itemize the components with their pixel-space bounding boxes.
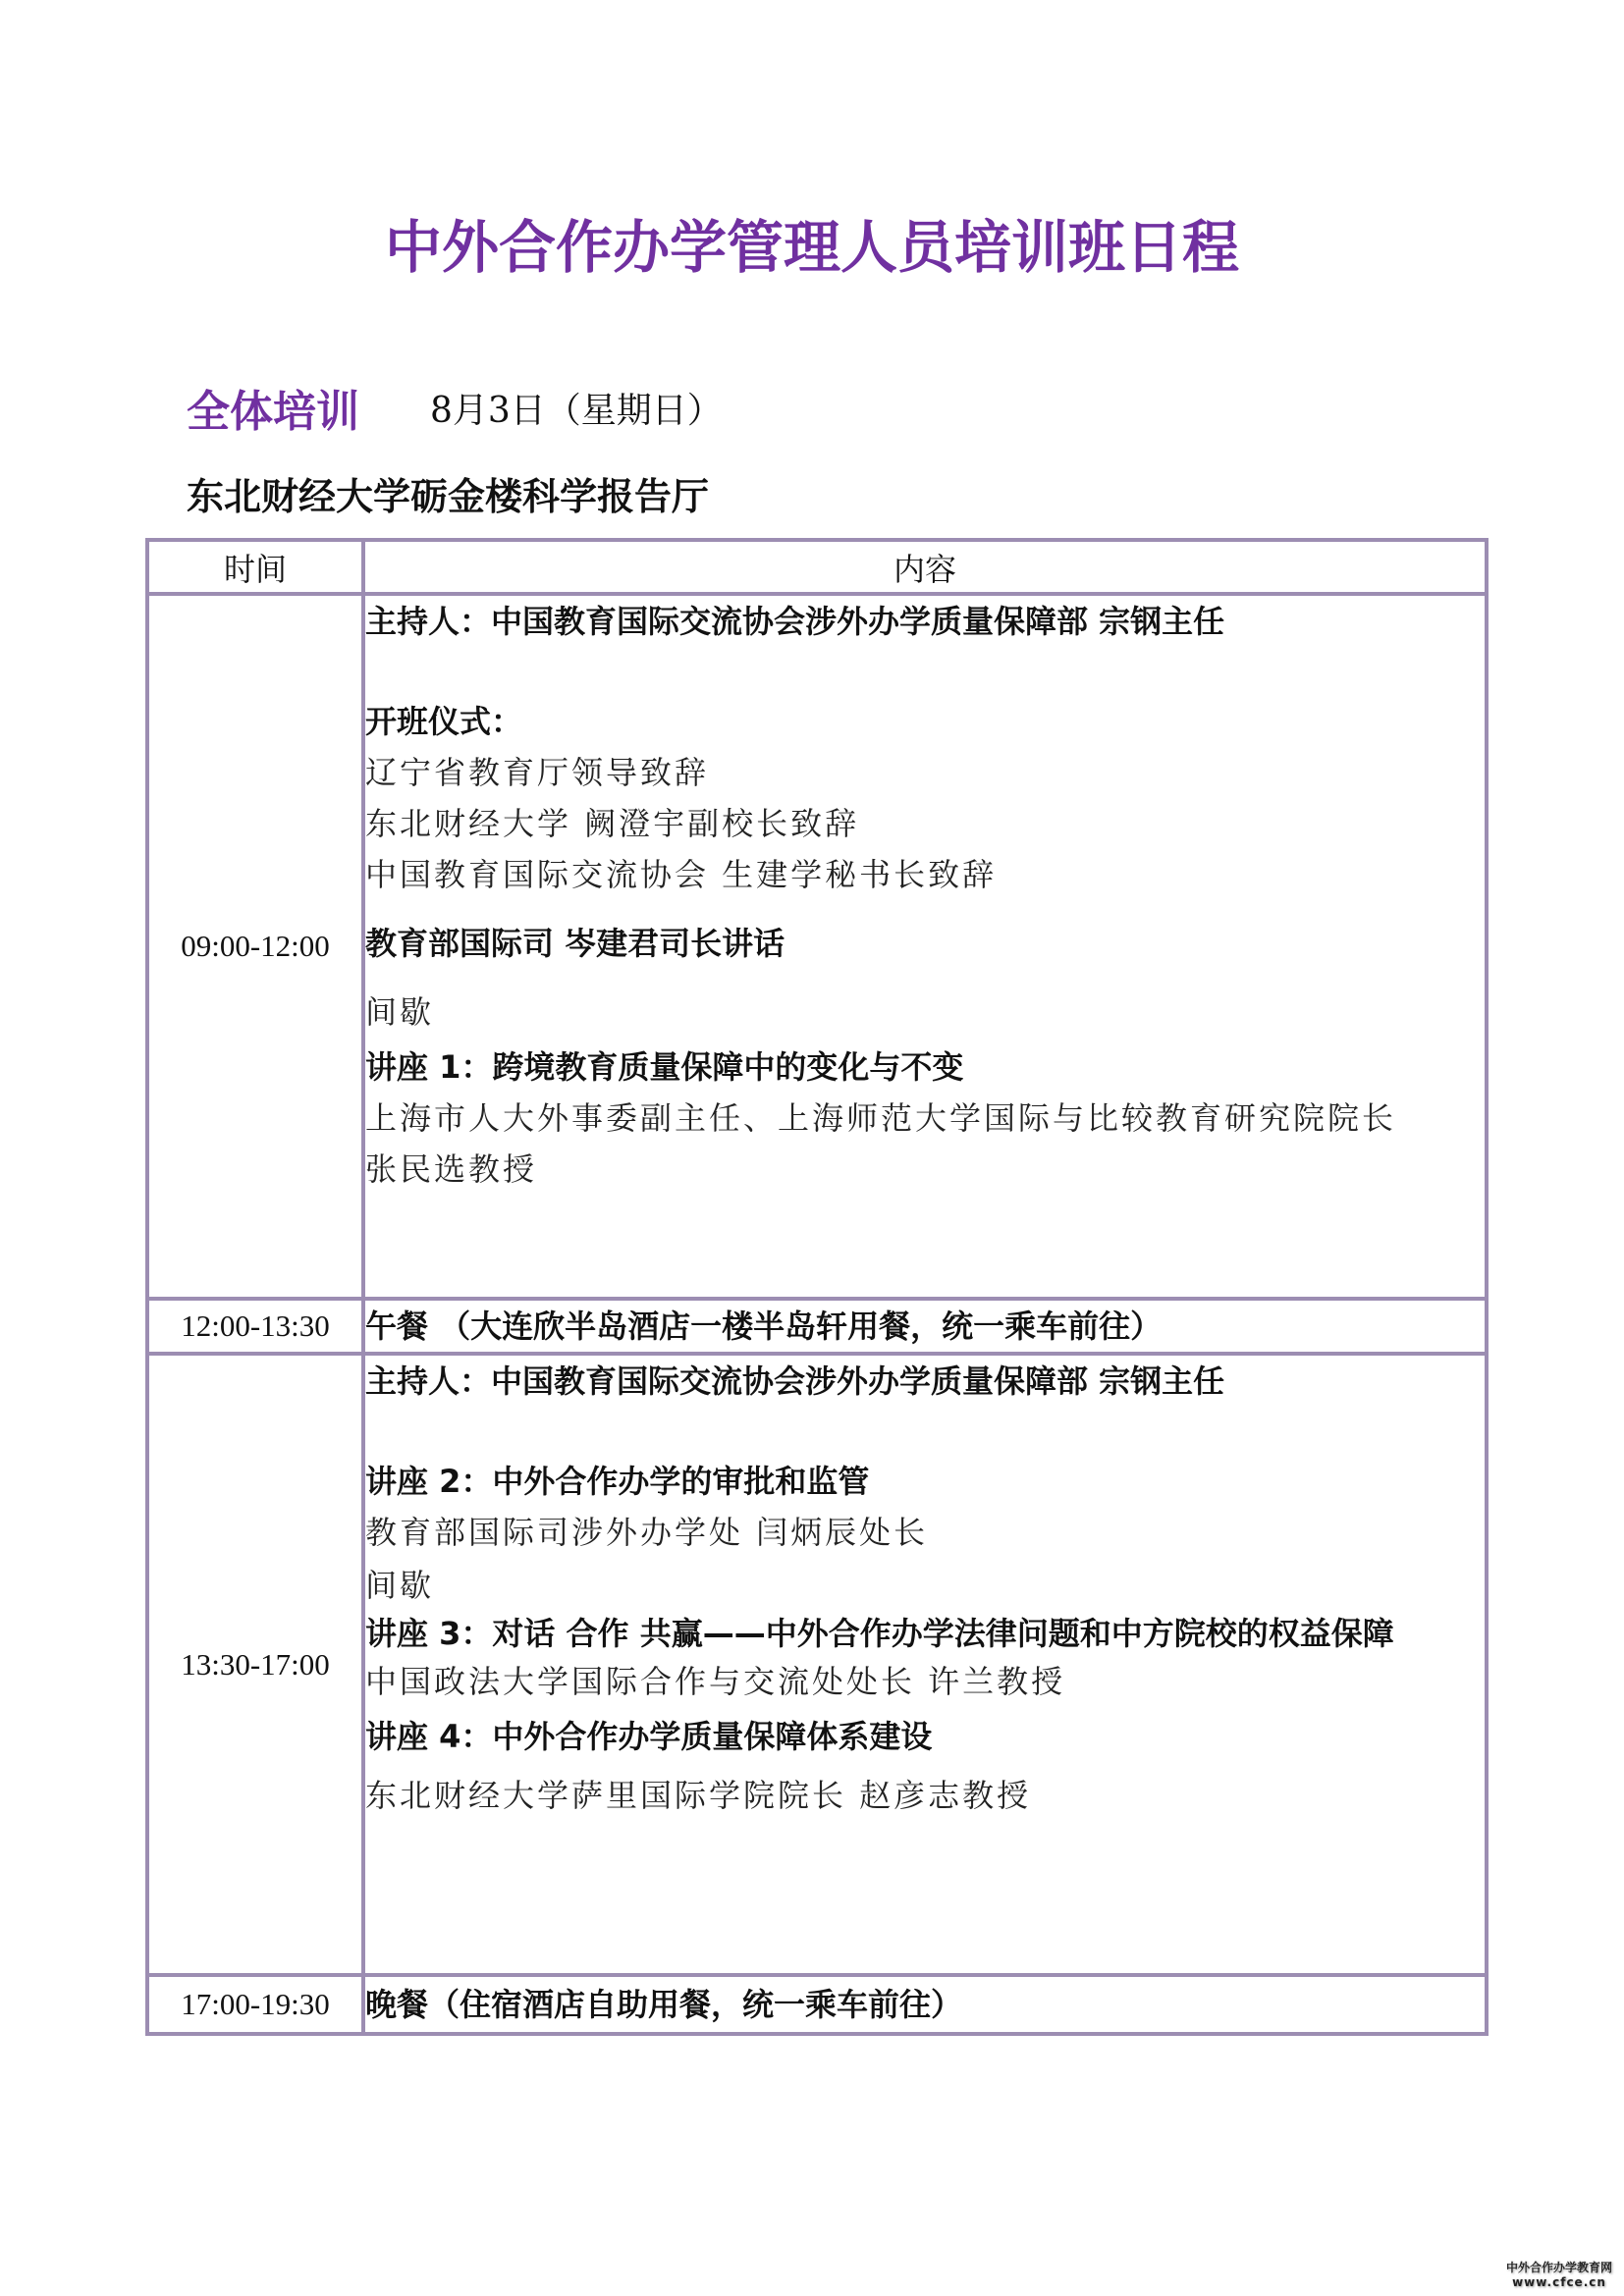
- table-row: 12:00-13:30 午餐 （大连欣半岛酒店一楼半岛轩用餐，统一乘车前往）: [147, 1299, 1487, 1354]
- speech-line: 辽宁省教育厅领导致辞: [365, 747, 1485, 798]
- host-line: 主持人：中国教育国际交流协会涉外办学质量保障部 宗钢主任: [365, 596, 1485, 647]
- keynote-line: 教育部国际司 岑建君司长讲话: [365, 918, 1485, 969]
- lecture-title: 讲座 4：中外合作办学质量保障体系建设: [365, 1711, 1485, 1762]
- dinner-line: 晚餐（住宿酒店自助用餐，统一乘车前往）: [365, 1979, 1485, 2030]
- time-cell: 17:00-19:30: [147, 1975, 363, 2034]
- break-line: 间歇: [365, 987, 1485, 1038]
- content-cell: 主持人：中国教育国际交流协会涉外办学质量保障部 宗钢主任 讲座 2：中外合作办学…: [363, 1354, 1487, 1975]
- section-label: 全体培训: [187, 376, 359, 439]
- schedule-table: 时间 内容 09:00-12:00 主持人：中国教育国际交流协会涉外办学质量保障…: [145, 538, 1489, 2036]
- venue: 东北财经大学砺金楼科学报告厅: [187, 466, 709, 520]
- watermark-url: www.cfce.cn: [1506, 2275, 1612, 2290]
- site-watermark: 中外合作办学教育网 www.cfce.cn: [1506, 2261, 1612, 2290]
- speech-line: 中国教育国际交流协会 生建学秘书长致辞: [365, 849, 1485, 900]
- content-cell: 晚餐（住宿酒店自助用餐，统一乘车前往）: [363, 1975, 1487, 2034]
- table-row: 09:00-12:00 主持人：中国教育国际交流协会涉外办学质量保障部 宗钢主任…: [147, 594, 1487, 1299]
- opening-ceremony-heading: 开班仪式：: [365, 696, 1485, 747]
- content-cell: 午餐 （大连欣半岛酒店一楼半岛轩用餐，统一乘车前往）: [363, 1299, 1487, 1354]
- section-date: 8月3日（星期日）: [430, 383, 723, 433]
- lecture-title: 讲座 3：对话 合作 共赢——中外合作办学法律问题和中方院校的权益保障: [365, 1611, 1485, 1656]
- lecturer-line: 上海市人大外事委副主任、上海师范大学国际与比较教育研究院院长: [365, 1093, 1485, 1144]
- content-cell: 主持人：中国教育国际交流协会涉外办学质量保障部 宗钢主任 开班仪式： 辽宁省教育…: [363, 594, 1487, 1299]
- page-title: 中外合作办学管理人员培训班日程: [0, 201, 1624, 284]
- lecture-title: 讲座 2：中外合作办学的审批和监管: [365, 1456, 1485, 1507]
- table-header-row: 时间 内容: [147, 540, 1487, 594]
- lecture-title: 讲座 1：跨境教育质量保障中的变化与不变: [365, 1041, 1485, 1093]
- watermark-name: 中外合作办学教育网: [1506, 2261, 1612, 2275]
- section-header: 全体培训 8月3日（星期日）: [187, 378, 723, 437]
- time-cell: 09:00-12:00: [147, 594, 363, 1299]
- lecturer-line: 张民选教授: [365, 1144, 1485, 1195]
- speech-line: 东北财经大学 阙澄宇副校长致辞: [365, 798, 1485, 849]
- lecturer-line: 东北财经大学萨里国际学院院长 赵彦志教授: [365, 1770, 1485, 1821]
- lecturer-line: 中国政法大学国际合作与交流处处长 许兰教授: [365, 1656, 1485, 1707]
- lunch-line: 午餐 （大连欣半岛酒店一楼半岛轩用餐，统一乘车前往）: [365, 1301, 1485, 1352]
- table-row: 13:30-17:00 主持人：中国教育国际交流协会涉外办学质量保障部 宗钢主任…: [147, 1354, 1487, 1975]
- header-content: 内容: [363, 540, 1487, 594]
- host-line: 主持人：中国教育国际交流协会涉外办学质量保障部 宗钢主任: [365, 1356, 1485, 1407]
- header-time: 时间: [147, 540, 363, 594]
- time-cell: 12:00-13:30: [147, 1299, 363, 1354]
- lecturer-line: 教育部国际司涉外办学处 闫炳辰处长: [365, 1507, 1485, 1558]
- table-row: 17:00-19:30 晚餐（住宿酒店自助用餐，统一乘车前往）: [147, 1975, 1487, 2034]
- break-line: 间歇: [365, 1560, 1485, 1611]
- time-cell: 13:30-17:00: [147, 1354, 363, 1975]
